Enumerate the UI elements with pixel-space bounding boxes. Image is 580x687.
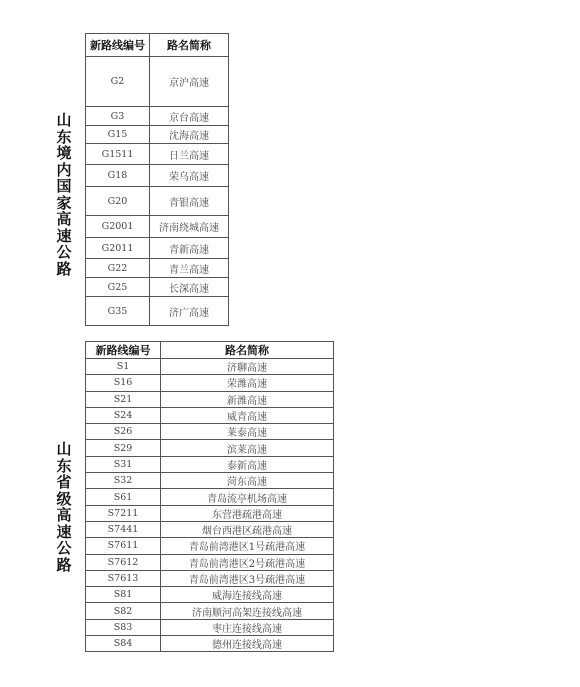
table-row: S7612青岛前湾港区2号疏港高速	[86, 554, 334, 570]
route-code: S7613	[86, 570, 161, 586]
route-name: 烟台西港区疏港高速	[161, 521, 334, 537]
national-highways-table: 新路线编号 路名简称 G2京沪高速 G3京台高速 G15沈海高速 G1511日兰…	[85, 33, 229, 326]
route-code: S84	[86, 636, 161, 652]
table-row: G1511日兰高速	[86, 144, 229, 165]
table-header-row: 新路线编号 路名简称	[86, 34, 229, 57]
route-name: 滨莱高速	[161, 440, 334, 456]
route-name: 荣潍高速	[161, 375, 334, 391]
route-name: 京沪高速	[150, 57, 229, 107]
route-name: 济南顺河高架连接线高速	[161, 603, 334, 619]
route-code: G2	[86, 57, 150, 107]
table-row: G2001济南绕城高速	[86, 216, 229, 238]
route-name: 东营港疏港高速	[161, 505, 334, 521]
route-code: S7441	[86, 521, 161, 537]
table-row: G15沈海高速	[86, 126, 229, 144]
route-name: 青岛流亭机场高速	[161, 489, 334, 505]
table-row: S82济南顺河高架连接线高速	[86, 603, 334, 619]
column-header-code: 新路线编号	[86, 342, 161, 359]
route-name: 新潍高速	[161, 391, 334, 407]
route-code: G1511	[86, 144, 150, 165]
route-code: G20	[86, 187, 150, 216]
table-row: G35济广高速	[86, 297, 229, 326]
table-row: S29滨莱高速	[86, 440, 334, 456]
route-code: G22	[86, 259, 150, 278]
route-code: G2011	[86, 238, 150, 259]
table-header-row: 新路线编号 路名简称	[86, 342, 334, 359]
table-row: S1济聊高速	[86, 359, 334, 375]
route-name: 菏东高速	[161, 473, 334, 489]
route-code: G35	[86, 297, 150, 326]
route-name: 枣庄连接线高速	[161, 619, 334, 635]
route-name: 济南绕城高速	[150, 216, 229, 238]
route-name: 长深高速	[150, 278, 229, 297]
route-code: S26	[86, 424, 161, 440]
route-code: S83	[86, 619, 161, 635]
route-code: S82	[86, 603, 161, 619]
route-code: G25	[86, 278, 150, 297]
table-row: S24威青高速	[86, 407, 334, 423]
route-name: 青兰高速	[150, 259, 229, 278]
provincial-highways-label: 山东省级高速公路	[55, 441, 73, 573]
route-name: 青岛前湾港区3号疏港高速	[161, 570, 334, 586]
route-name: 荣乌高速	[150, 165, 229, 187]
table-row: S7611青岛前湾港区1号疏港高速	[86, 538, 334, 554]
national-highways-label: 山东境内国家高速公路	[55, 112, 73, 277]
route-code: S7611	[86, 538, 161, 554]
route-code: S16	[86, 375, 161, 391]
table-row: G2京沪高速	[86, 57, 229, 107]
route-name: 济广高速	[150, 297, 229, 326]
table-row: S61青岛流亭机场高速	[86, 489, 334, 505]
route-code: S61	[86, 489, 161, 505]
route-code: S1	[86, 359, 161, 375]
route-code: S7612	[86, 554, 161, 570]
table-row: G25长深高速	[86, 278, 229, 297]
table-row: S16荣潍高速	[86, 375, 334, 391]
table-row: S32菏东高速	[86, 473, 334, 489]
table-row: G20青银高速	[86, 187, 229, 216]
table-row: S31泰新高速	[86, 456, 334, 472]
table-row: G2011青新高速	[86, 238, 229, 259]
route-name: 京台高速	[150, 107, 229, 126]
route-code: G3	[86, 107, 150, 126]
route-name: 青新高速	[150, 238, 229, 259]
route-code: S21	[86, 391, 161, 407]
column-header-name: 路名简称	[150, 34, 229, 57]
table-row: S84德州连接线高速	[86, 636, 334, 652]
route-name: 沈海高速	[150, 126, 229, 144]
route-code: G18	[86, 165, 150, 187]
table-row: S7211东营港疏港高速	[86, 505, 334, 521]
route-name: 莱泰高速	[161, 424, 334, 440]
route-name: 德州连接线高速	[161, 636, 334, 652]
route-code: G2001	[86, 216, 150, 238]
table-row: G3京台高速	[86, 107, 229, 126]
route-name: 青岛前湾港区1号疏港高速	[161, 538, 334, 554]
column-header-name: 路名简称	[161, 342, 334, 359]
route-code: S24	[86, 407, 161, 423]
table-row: G18荣乌高速	[86, 165, 229, 187]
route-name: 青银高速	[150, 187, 229, 216]
provincial-highways-table: 新路线编号 路名简称 S1济聊高速 S16荣潍高速 S21新潍高速 S24威青高…	[85, 341, 334, 652]
route-name: 济聊高速	[161, 359, 334, 375]
table-row: S21新潍高速	[86, 391, 334, 407]
route-code: G15	[86, 126, 150, 144]
route-name: 威海连接线高速	[161, 587, 334, 603]
table-row: S83枣庄连接线高速	[86, 619, 334, 635]
column-header-code: 新路线编号	[86, 34, 150, 57]
table-row: S7441烟台西港区疏港高速	[86, 521, 334, 537]
table-row: S81威海连接线高速	[86, 587, 334, 603]
route-name: 青岛前湾港区2号疏港高速	[161, 554, 334, 570]
route-code: S29	[86, 440, 161, 456]
route-name: 威青高速	[161, 407, 334, 423]
route-code: S81	[86, 587, 161, 603]
route-code: S32	[86, 473, 161, 489]
route-name: 泰新高速	[161, 456, 334, 472]
route-code: S31	[86, 456, 161, 472]
table-row: S7613青岛前湾港区3号疏港高速	[86, 570, 334, 586]
route-name: 日兰高速	[150, 144, 229, 165]
route-code: S7211	[86, 505, 161, 521]
table-row: S26莱泰高速	[86, 424, 334, 440]
table-row: G22青兰高速	[86, 259, 229, 278]
